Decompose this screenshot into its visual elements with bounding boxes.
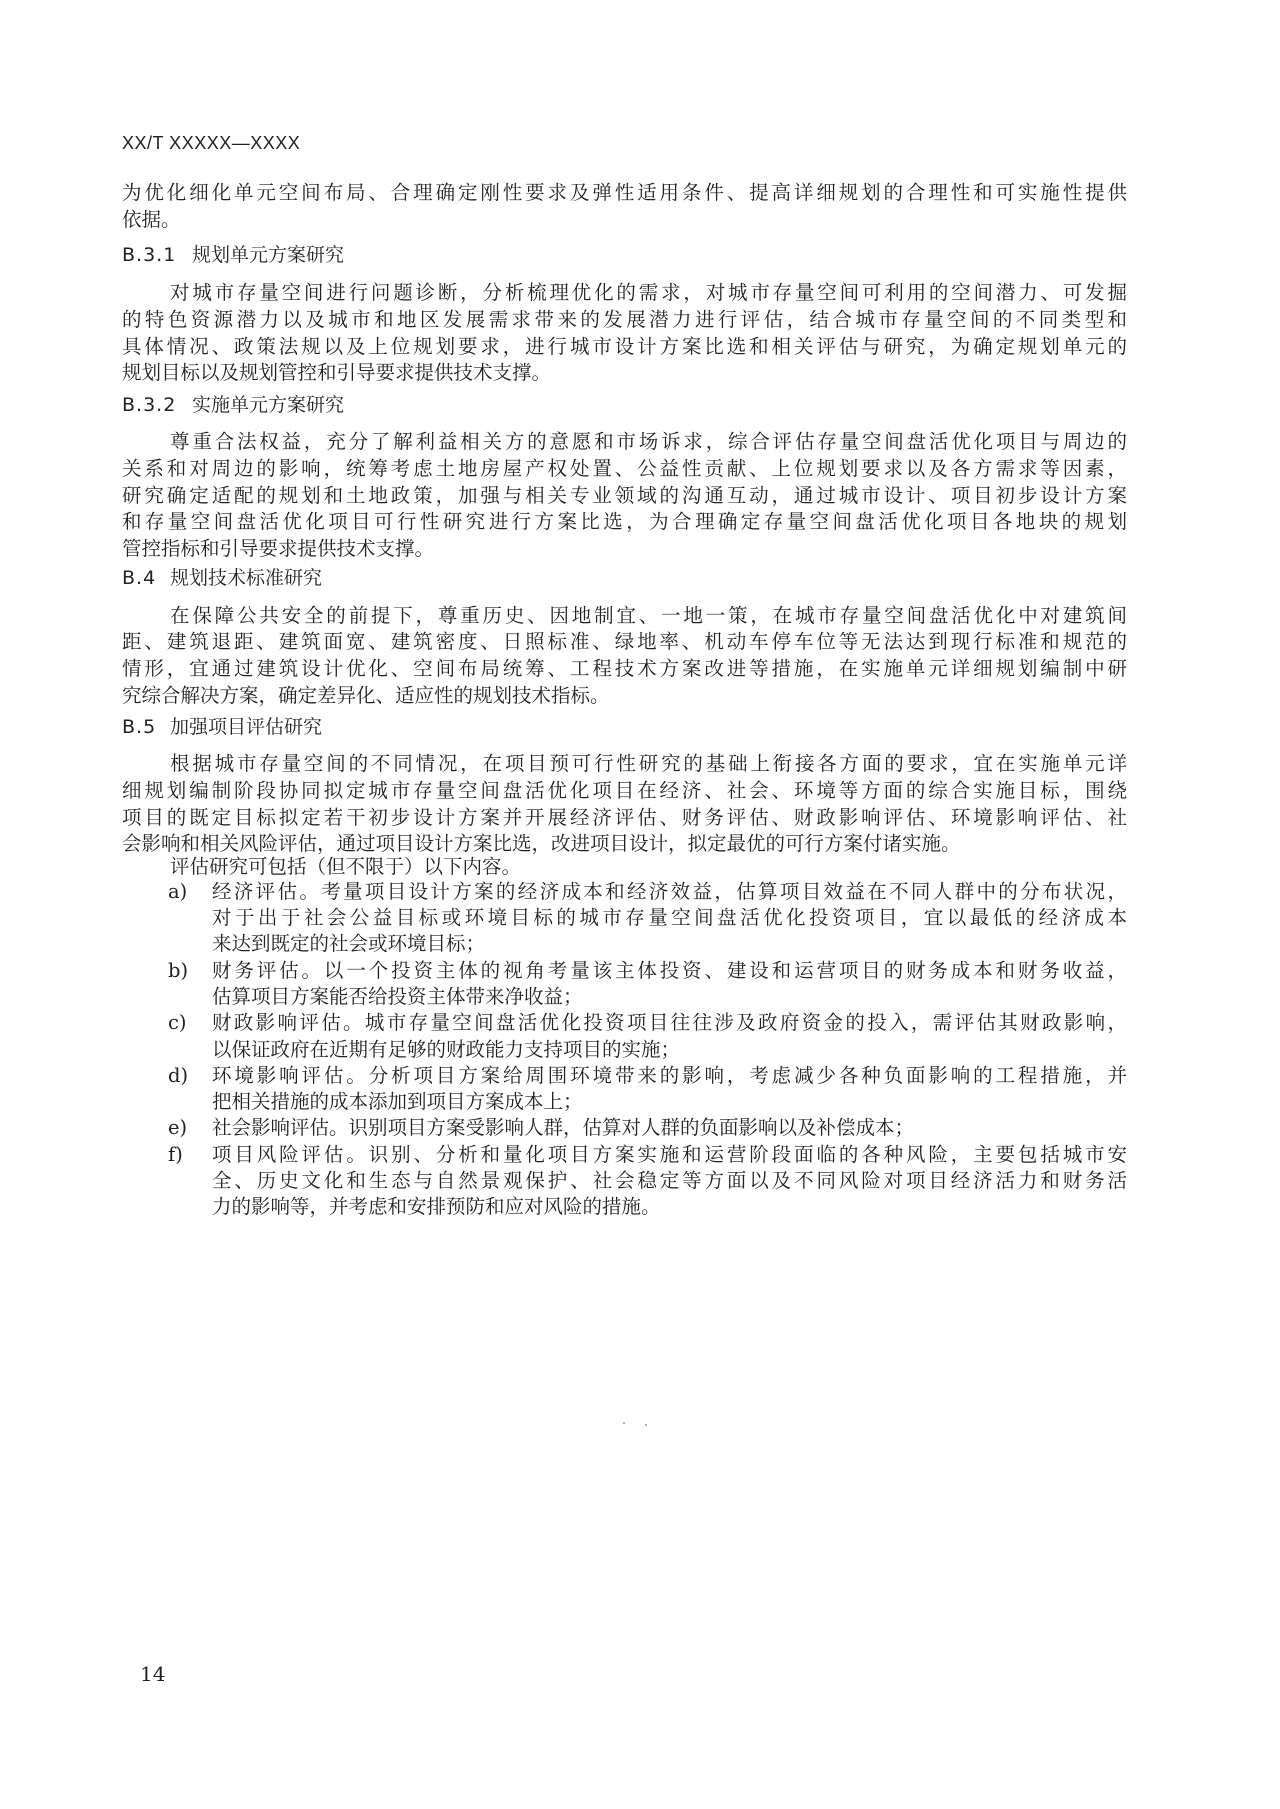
section-title: 规划技术标准研究: [170, 567, 322, 589]
text-line: 距、建筑退距、建筑面宽、建筑密度、日照标准、绿地率、机动车停车位等无法达到现行标…: [122, 628, 1127, 655]
scan-artifact: [645, 1424, 647, 1426]
text-line: 力的影响等，并考虑和安排预防和应对风险的措施。: [212, 1193, 1127, 1220]
list-intro: 评估研究可包括（但不限于）以下内容。: [170, 853, 1127, 880]
text-line: 关系和对周边的影响，统筹考虑土地房屋产权处置、公益性贡献、上位规划要求以及各方需…: [122, 455, 1127, 482]
text-line: 具体情况、政策法规以及上位规划要求，进行城市设计方案比选和相关评估与研究，为确定…: [122, 333, 1127, 360]
section-heading-b4: B.4规划技术标准研究: [122, 565, 322, 592]
text-line: 项目风险评估。识别、分析和量化项目方案实施和运营阶段面临的各种风险，主要包括城市…: [212, 1141, 1127, 1168]
text-line: 为优化细化单元空间布局、合理确定刚性要求及弹性适用条件、提高详细规划的合理性和可…: [122, 179, 1127, 206]
text-line: 把相关措施的成本添加到项目方案成本上；: [212, 1088, 1127, 1115]
text-line: 究综合解决方案，确定差异化、适应性的规划技术指标。: [122, 682, 1127, 709]
text-line: 以保证政府在近期有足够的财政能力支持项目的实施；: [212, 1036, 1127, 1063]
section-heading-b32: B.3.2实施单元方案研究: [122, 392, 344, 419]
text-line: 管控指标和引导要求提供技术支撑。: [122, 535, 1127, 562]
section-title: 规划单元方案研究: [192, 244, 344, 266]
page-number: 14: [140, 1662, 165, 1686]
list-marker: b): [168, 957, 188, 984]
text-line: 环境影响评估。分析项目方案给周围环境带来的影响，考虑减少各种负面影响的工程措施，…: [212, 1062, 1127, 1089]
text-line: 财务评估。以一个投资主体的视角考量该主体投资、建设和运营项目的财务成本和财务收益…: [212, 957, 1127, 984]
list-marker: f): [168, 1141, 183, 1168]
section-number: B.3.2: [122, 392, 192, 419]
list-marker: c): [168, 1009, 187, 1036]
section-heading-b31: B.3.1规划单元方案研究: [122, 242, 344, 269]
section-title: 加强项目评估研究: [170, 716, 322, 738]
section-heading-b5: B.5加强项目评估研究: [122, 714, 322, 741]
text-line: 情形，宜通过建筑设计优化、空间布局统筹、工程技术方案改进等措施，在实施单元详细规…: [122, 655, 1127, 682]
list-marker: d): [168, 1062, 188, 1089]
text-line: 规划目标以及规划管控和引导要求提供技术支撑。: [122, 359, 1127, 386]
standard-code-header: XX/T XXXXX—XXXX: [122, 133, 300, 154]
text-line: 估算项目方案能否给投资主体带来净收益；: [212, 983, 1127, 1010]
section-title: 实施单元方案研究: [192, 394, 344, 416]
list-marker: e): [168, 1114, 187, 1141]
list-marker: a): [168, 878, 187, 905]
text-line: 细规划编制阶段协同拟定城市存量空间盘活优化项目在经济、社会、环境等方面的综合实施…: [122, 777, 1127, 804]
section-number: B.3.1: [122, 242, 192, 269]
text-line: 根据城市存量空间的不同情况，在项目预可行性研究的基础上衔接各方面的要求，宜在实施…: [170, 750, 1127, 777]
section-number: B.5: [122, 714, 170, 741]
text-line: 财政影响评估。城市存量空间盘活优化投资项目往往涉及政府资金的投入，需评估其财政影…: [212, 1009, 1127, 1036]
scan-artifact: [623, 1422, 625, 1424]
text-line: 来达到既定的社会或环境目标；: [212, 930, 1127, 957]
text-line: 全、历史文化和生态与自然景观保护、社会稳定等方面以及不同风险对项目经济活力和财务…: [212, 1167, 1127, 1194]
text-line: 尊重合法权益，充分了解利益相关方的意愿和市场诉求，综合评估存量空间盘活优化项目与…: [170, 428, 1127, 455]
text-line: 和存量空间盘活优化项目可行性研究进行方案比选，为合理确定存量空间盘活优化项目各地…: [122, 508, 1127, 535]
text-line: 的特色资源潜力以及城市和地区发展需求带来的发展潜力进行评估，结合城市存量空间的不…: [122, 306, 1127, 333]
text-line: 研究确定适配的规划和土地政策，加强与相关专业领域的沟通互动，通过城市设计、项目初…: [122, 482, 1127, 509]
text-line: 项目的既定目标拟定若干初步设计方案并开展经济评估、财务评估、财政影响评估、环境影…: [122, 804, 1127, 831]
text-line: 对城市存量空间进行问题诊断，分析梳理优化的需求，对城市存量空间可利用的空间潜力、…: [170, 279, 1127, 306]
section-number: B.4: [122, 565, 170, 592]
text-line: 社会影响评估。识别项目方案受影响人群，估算对人群的负面影响以及补偿成本；: [212, 1114, 1127, 1141]
text-line: 依据。: [122, 206, 1127, 233]
document-page: XX/T XXXXX—XXXX 为优化细化单元空间布局、合理确定刚性要求及弹性适…: [0, 0, 1280, 1809]
text-line: 对于出于社会公益目标或环境目标的城市存量空间盘活优化投资项目，宜以最低的经济成本: [212, 904, 1127, 931]
text-line: 在保障公共安全的前提下，尊重历史、因地制宜、一地一策，在城市存量空间盘活优化中对…: [170, 602, 1127, 629]
text-line: 经济评估。考量项目设计方案的经济成本和经济效益，估算项目效益在不同人群中的分布状…: [212, 878, 1127, 905]
